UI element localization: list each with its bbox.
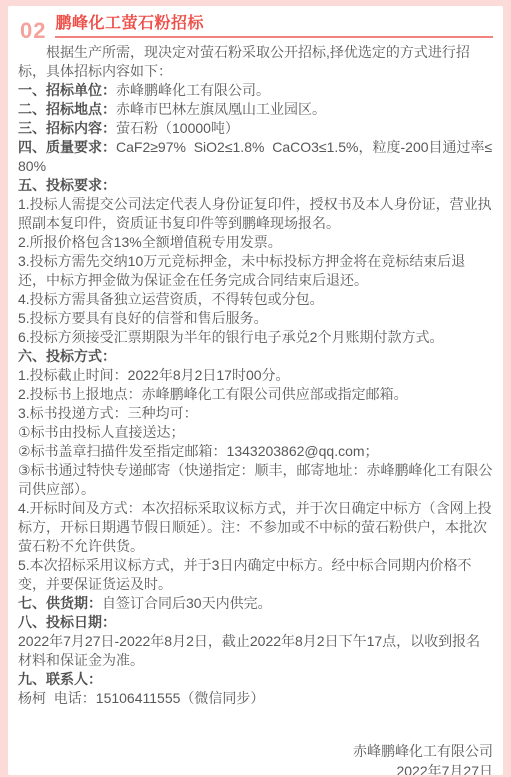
notice-body: 根据生产所需，现决定对萤石粉采取公开招标,择优选定的方式进行招标，具体招标内容如…	[18, 43, 493, 708]
intro-paragraph: 根据生产所需，现决定对萤石粉采取公开招标,择优选定的方式进行招标，具体招标内容如…	[18, 43, 493, 81]
notice-title: 鹏峰化工萤石粉招标	[55, 14, 493, 34]
signature-company: 赤峰鹏峰化工有限公司	[18, 741, 493, 761]
bid-date-heading: 八、投标日期：	[18, 613, 493, 632]
bid-notice-page: 02 鹏峰化工萤石粉招标 根据生产所需，现决定对萤石粉采取公开招标,择优选定的方…	[0, 0, 511, 777]
bidding-content-value: 萤石粉（10000吨）	[116, 120, 239, 136]
bid-method-item-5: 5.本次招标采用议标方式，并于3日内确定中标方。经中标合同期内价格不变，并要保证…	[18, 556, 493, 594]
notice-header: 02 鹏峰化工萤石粉招标	[18, 14, 493, 38]
bidding-content-line: 三、招标内容：萤石粉（10000吨）	[18, 119, 493, 138]
supply-period-value: 自签订合同后30天内供完。	[102, 595, 272, 611]
bidding-content-label: 三、招标内容：	[18, 120, 116, 136]
bid-requirement-item-1: 1.投标人需提交公司法定代表人身份证复印件，授权书及本人身份证，营业执照副本复印…	[18, 195, 493, 233]
signature-date: 2022年7月27日	[18, 761, 493, 775]
bid-method-item-2: 2.投标书上报地点：赤峰鹏峰化工有限公司供应部或指定邮箱。	[18, 385, 493, 404]
bid-requirement-item-6: 6.投标方须接受汇票期限为半年的银行电子承兑2个月账期付款方式。	[18, 328, 493, 347]
notice-card: 02 鹏峰化工萤石粉招标 根据生产所需，现决定对萤石粉采取公开招标,择优选定的方…	[8, 6, 503, 775]
bid-requirement-item-3: 3.投标方需先交纳10万元竞标押金，未中标投标方押金将在竞标结束后退还，中标方押…	[18, 252, 493, 290]
bid-method-heading: 六、投标方式：	[18, 347, 493, 366]
bid-delivery-option-3-express: ③标书通过特快专递邮寄（快递指定：顺丰，邮寄地址：赤峰鹏峰化工有限公司供应部）。	[18, 461, 493, 499]
bidding-location-label: 二、招标地点：	[18, 101, 116, 117]
bidding-unit-line: 一、招标单位：赤峰鹏峰化工有限公司。	[18, 81, 493, 100]
bid-requirements-label: 五、投标要求：	[18, 177, 116, 193]
signature-block: 赤峰鹏峰化工有限公司 2022年7月27日	[18, 741, 493, 775]
bidding-location-value: 赤峰市巴林左旗凤凰山工业园区。	[116, 101, 326, 117]
contact-heading: 九、联系人：	[18, 670, 493, 689]
bid-requirement-item-2: 2.所报价格包含13%全额增值税专用发票。	[18, 233, 493, 252]
bid-requirement-item-5: 5.投标方要具有良好的信誉和售后服务。	[18, 309, 493, 328]
section-number: 02	[18, 20, 55, 42]
quality-requirements-line: 四、质量要求：CaF2≥97% SiO2≤1.8% CaCO3≤1.5%，粒度-…	[18, 138, 493, 176]
intro-text: 根据生产所需，现决定对萤石粉采取公开招标,择优选定的方式进行招标，具体招标内容如…	[18, 44, 470, 79]
bidding-unit-label: 一、招标单位：	[18, 82, 116, 98]
contact-detail: 杨柯 电话：15106411555（微信同步）	[18, 689, 493, 708]
quality-requirements-label: 四、质量要求：	[18, 139, 116, 155]
bid-requirement-item-4: 4.投标方需具备独立运营资质，不得转包或分包。	[18, 290, 493, 309]
bid-method-label: 六、投标方式：	[18, 348, 116, 364]
bid-method-item-1: 1.投标截止时间：2022年8月2日17时00分。	[18, 366, 493, 385]
bidding-unit-value: 赤峰鹏峰化工有限公司。	[116, 82, 270, 98]
bid-method-item-4: 4.开标时间及方式：本次招标采取议标方式，并于次日确定中标方（含网上投标方，开标…	[18, 499, 493, 556]
bid-requirements-heading: 五、投标要求：	[18, 176, 493, 195]
supply-period-label: 七、供货期：	[18, 595, 102, 611]
bid-method-item-3: 3.标书投递方式：三种均可：	[18, 404, 493, 423]
contact-label: 九、联系人：	[18, 671, 102, 687]
bid-date-label: 八、投标日期：	[18, 614, 116, 630]
contact-phone: 杨柯 电话：15106411555（微信同步）	[18, 690, 264, 706]
title-underline: 鹏峰化工萤石粉招标	[55, 14, 493, 38]
supply-period-line: 七、供货期：自签订合同后30天内供完。	[18, 594, 493, 613]
bid-date-detail: 2022年7月27日-2022年8月2日，截止2022年8月2日下午17点，以收…	[18, 632, 493, 670]
bidding-location-line: 二、招标地点：赤峰市巴林左旗凤凰山工业园区。	[18, 100, 493, 119]
bid-delivery-option-1: ①标书由投标人直接送达；	[18, 423, 493, 442]
bid-delivery-option-2-email: ②标书盖章扫描件发至指定邮箱：1343203862@qq.com；	[18, 442, 493, 461]
